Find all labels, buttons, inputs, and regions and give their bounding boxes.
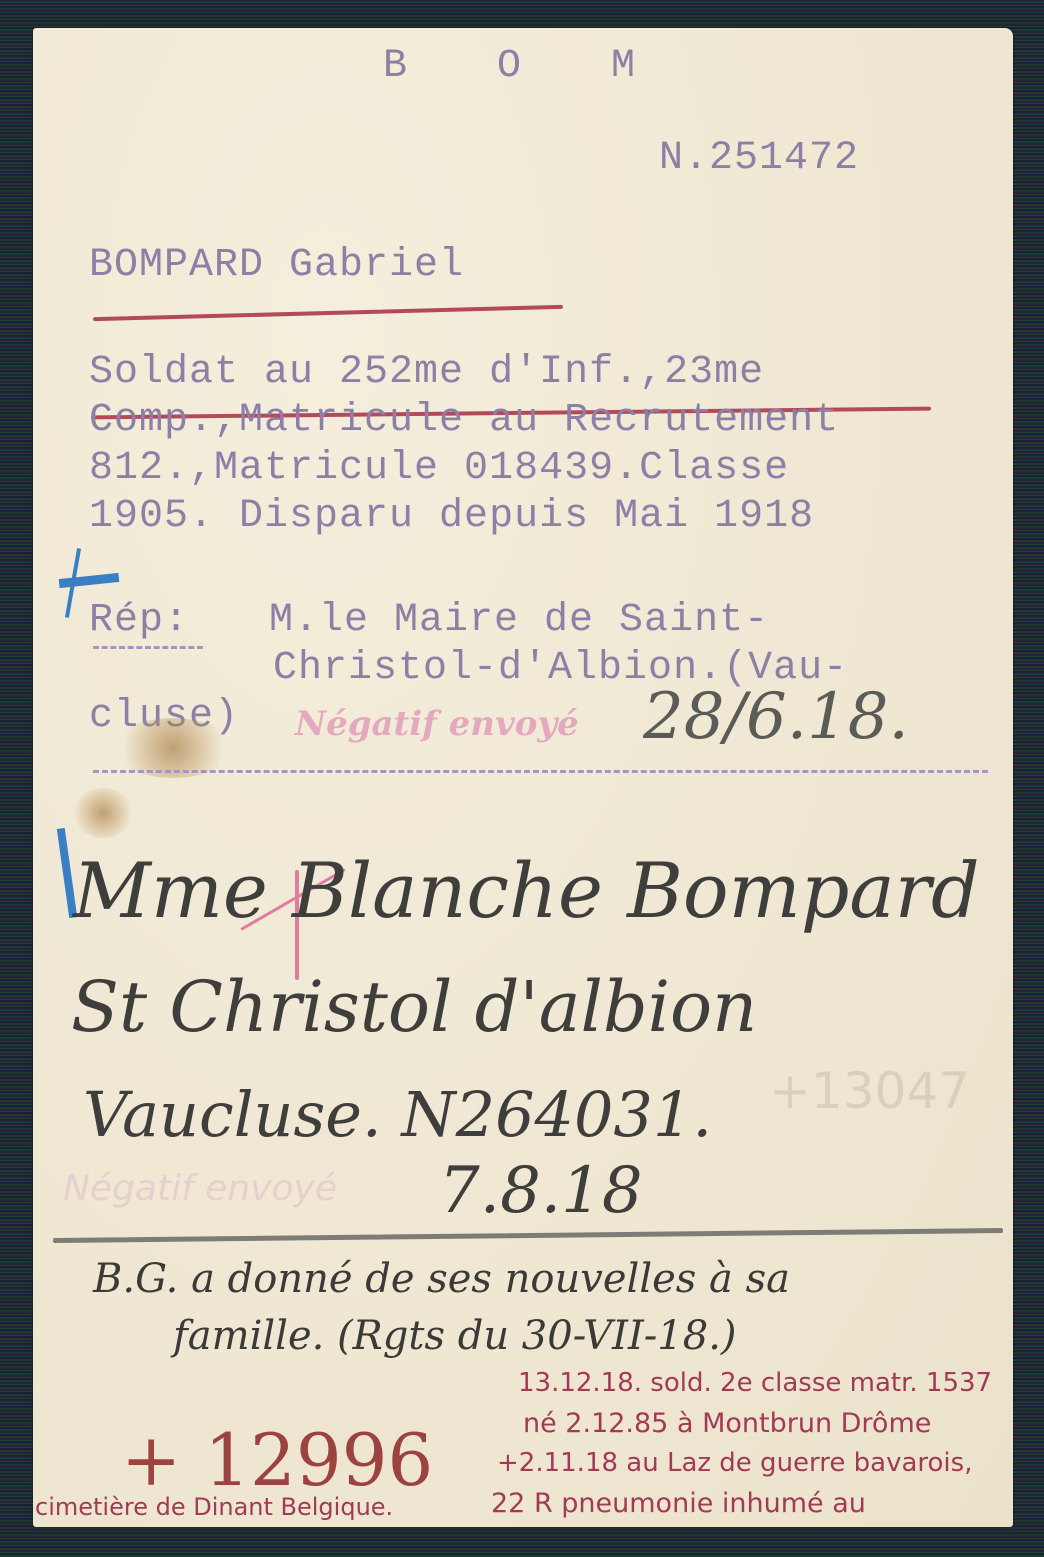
blue-cross-mark [59, 573, 120, 588]
rep-label: Rép: [89, 598, 189, 643]
red-note-line: +2.11.18 au Laz de guerre bavarois, [497, 1448, 972, 1478]
details-line: Soldat au 252me d'Inf.,23me [89, 350, 764, 396]
details-line: 812.,Matricule 018439.Classe [89, 446, 789, 492]
red-note-line: 22 R pneumonie inhumé au [491, 1488, 866, 1519]
red-note-line: 13.12.18. sold. 2e classe matr. 1537 [518, 1368, 992, 1398]
name-underline [93, 305, 563, 321]
date-handwritten-top: 28/6.18. [643, 680, 909, 754]
address-line: Mme Blanche Bompard [73, 846, 980, 935]
faint-number: +13047 [769, 1062, 970, 1120]
cemetery-note: cimetière de Dinant Belgique. [35, 1493, 393, 1521]
card-number: N.251472 [659, 136, 859, 181]
rep-line: M.le Maire de Saint- [269, 598, 769, 643]
death-number: + 12996 [121, 1418, 433, 1502]
red-note-line: né 2.12.85 à Montbrun Drôme [523, 1408, 931, 1439]
note-line: B.G. a donné de ses nouvelles à sa [93, 1256, 790, 1302]
soldier-name: BOMPARD Gabriel [89, 243, 464, 288]
dashed-separator [93, 770, 988, 773]
card-header: B O M [383, 44, 649, 89]
rep-underline [93, 646, 203, 649]
index-card: B O M N.251472 BOMPARD Gabriel Soldat au… [33, 28, 1013, 1527]
date-handwritten-mid: 7.8.18 [439, 1154, 643, 1228]
details-line: 1905. Disparu depuis Mai 1918 [89, 494, 814, 540]
details-line: Comp.,Matricule au Recrutement [89, 398, 839, 444]
faint-negatif-stamp: Négatif envoyé [63, 1168, 337, 1209]
address-line: St Christol d'albion [71, 966, 757, 1048]
negatif-stamp: Négatif envoyé [295, 704, 579, 744]
stain [113, 718, 233, 778]
solid-separator [53, 1228, 1003, 1243]
note-line: famille. (Rgts du 30-VII-18.) [173, 1313, 737, 1359]
address-line: Vaucluse. N264031. [83, 1078, 712, 1151]
stain [73, 788, 133, 838]
